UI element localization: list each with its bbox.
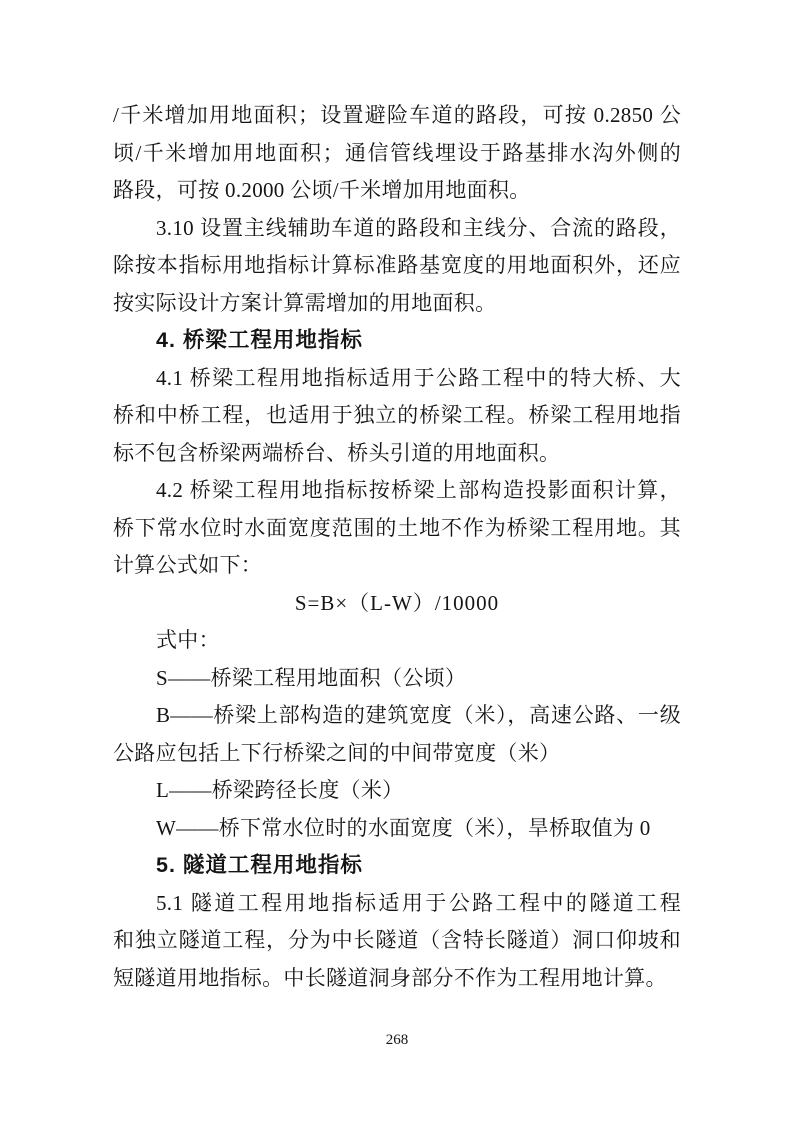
- page-number: 268: [0, 1031, 794, 1049]
- text-line: 公路应包括上下行桥梁之间的中间带宽度（米）: [113, 735, 681, 773]
- text-line: 式中：: [113, 622, 681, 660]
- text-line: 除按本指标用地指标计算标准路基宽度的用地面积外，还应: [113, 247, 681, 285]
- text-line: S——桥梁工程用地面积（公顷）: [113, 660, 681, 698]
- text-line: 顷/千米增加用地面积；通信管线埋设于路基排水沟外侧的: [113, 135, 681, 173]
- text-line: 标不包含桥梁两端桥台、桥头引道的用地面积。: [113, 435, 681, 473]
- text-line: B——桥梁上部构造的建筑宽度（米），高速公路、一级: [113, 697, 681, 735]
- text-line: 桥和中桥工程，也适用于独立的桥梁工程。桥梁工程用地指: [113, 397, 681, 435]
- text-line: 路段，可按 0.2000 公顷/千米增加用地面积。: [113, 172, 681, 210]
- text-line: 计算公式如下：: [113, 547, 681, 585]
- text-line: 5.1 隧道工程用地指标适用于公路工程中的隧道工程: [113, 885, 681, 923]
- document-page: /千米增加用地面积；设置避险车道的路段，可按 0.2850 公 顷/千米增加用地…: [0, 0, 794, 1122]
- text-line: 短隧道用地指标。中长隧道洞身部分不作为工程用地计算。: [113, 960, 681, 998]
- text-line: /千米增加用地面积；设置避险车道的路段，可按 0.2850 公: [113, 97, 681, 135]
- text-line: 和独立隧道工程，分为中长隧道（含特长隧道）洞口仰坡和: [113, 922, 681, 960]
- text-line: W——桥下常水位时的水面宽度（米），旱桥取值为 0: [113, 810, 681, 848]
- section-4-heading: 4. 桥梁工程用地指标: [113, 322, 681, 360]
- section-5-heading: 5. 隧道工程用地指标: [113, 847, 681, 885]
- text-line: 4.1 桥梁工程用地指标适用于公路工程中的特大桥、大: [113, 360, 681, 398]
- text-line: 3.10 设置主线辅助车道的路段和主线分、合流的路段，: [113, 210, 681, 248]
- document-body-text: /千米增加用地面积；设置避险车道的路段，可按 0.2850 公 顷/千米增加用地…: [113, 97, 681, 997]
- text-line: 按实际设计方案计算需增加的用地面积。: [113, 285, 681, 323]
- text-line: 桥下常水位时水面宽度范围的土地不作为桥梁工程用地。其: [113, 510, 681, 548]
- text-line: 4.2 桥梁工程用地指标按桥梁上部构造投影面积计算，: [113, 472, 681, 510]
- text-line: L——桥梁跨径长度（米）: [113, 772, 681, 810]
- bridge-area-formula: S=B×（L-W）/10000: [113, 585, 681, 623]
